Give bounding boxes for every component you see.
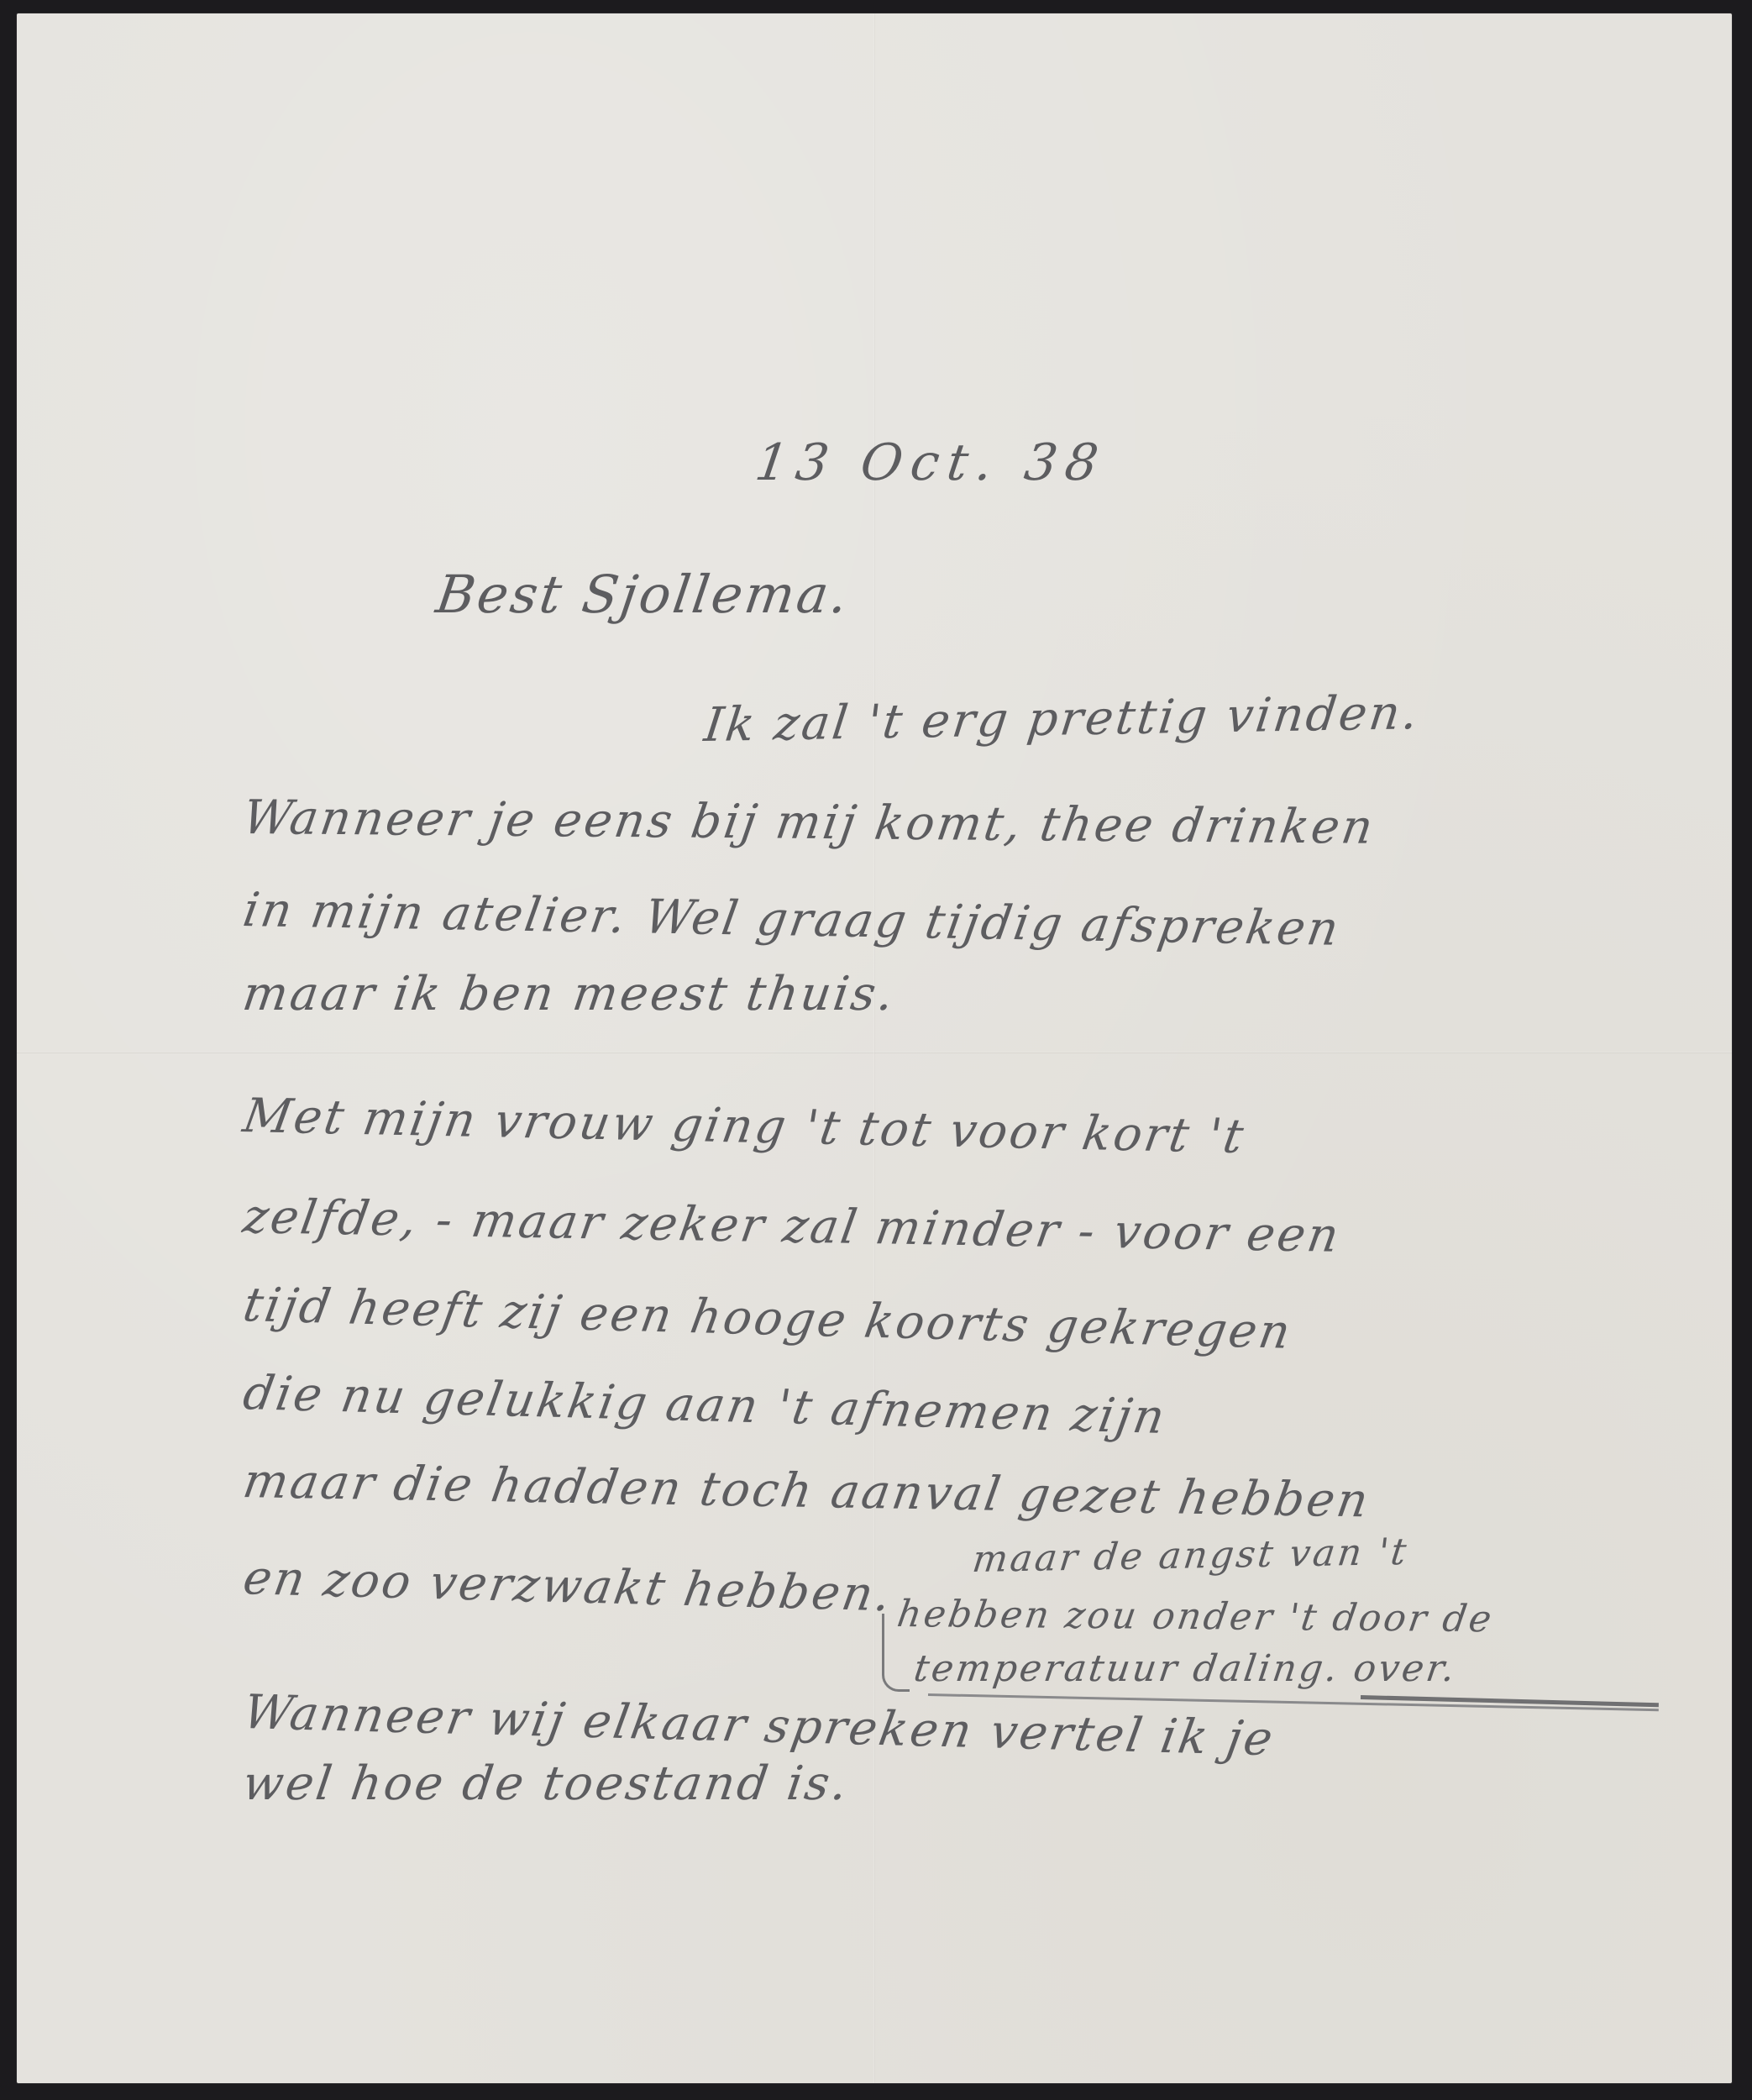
body-line-7: tijd heeft zij een hooge koorts gekregen xyxy=(239,1278,1297,1360)
body-line-6: zelfde, - maar zeker zal minder - voor e… xyxy=(239,1189,1345,1263)
body-line-4: maar ik ben meest thuis. xyxy=(239,967,900,1021)
insertion-bracket-mark xyxy=(882,1614,910,1692)
letter-paper: 13 Oct. 38 Best Sjollema. Ik zal 't erg … xyxy=(17,13,1732,2083)
body-line-12: wel hoe de toestand is. xyxy=(239,1756,853,1811)
letter-date: 13 Oct. 38 xyxy=(752,433,1110,492)
letter-salutation: Best Sjollema. xyxy=(433,564,854,625)
vertical-fold-line xyxy=(873,13,875,2083)
body-line-5: Met mijn vrouw ging 't tot voor kort 't xyxy=(239,1089,1250,1164)
body-line-3: in mijn atelier. Wel graag tijdig afspre… xyxy=(239,883,1345,957)
body-line-8: die nu gelukkig aan 't afnemen zijn xyxy=(239,1366,1171,1445)
body-line-2: Wanneer je eens bij mij komt, thee drink… xyxy=(239,790,1379,855)
body-line-9: maar die hadden toch aanval gezet hebben xyxy=(239,1454,1374,1528)
insertion-line-1: maar de angst van 't xyxy=(970,1530,1411,1581)
body-line-1: Ik zal 't erg prettig vinden. xyxy=(701,685,1423,753)
body-line-10: en zoo verzwakt hebben. xyxy=(239,1551,897,1622)
insertion-line-2: hebben zou onder 't door de xyxy=(894,1593,1497,1641)
insertion-line-3: temperatuur daling. over. xyxy=(911,1647,1460,1690)
